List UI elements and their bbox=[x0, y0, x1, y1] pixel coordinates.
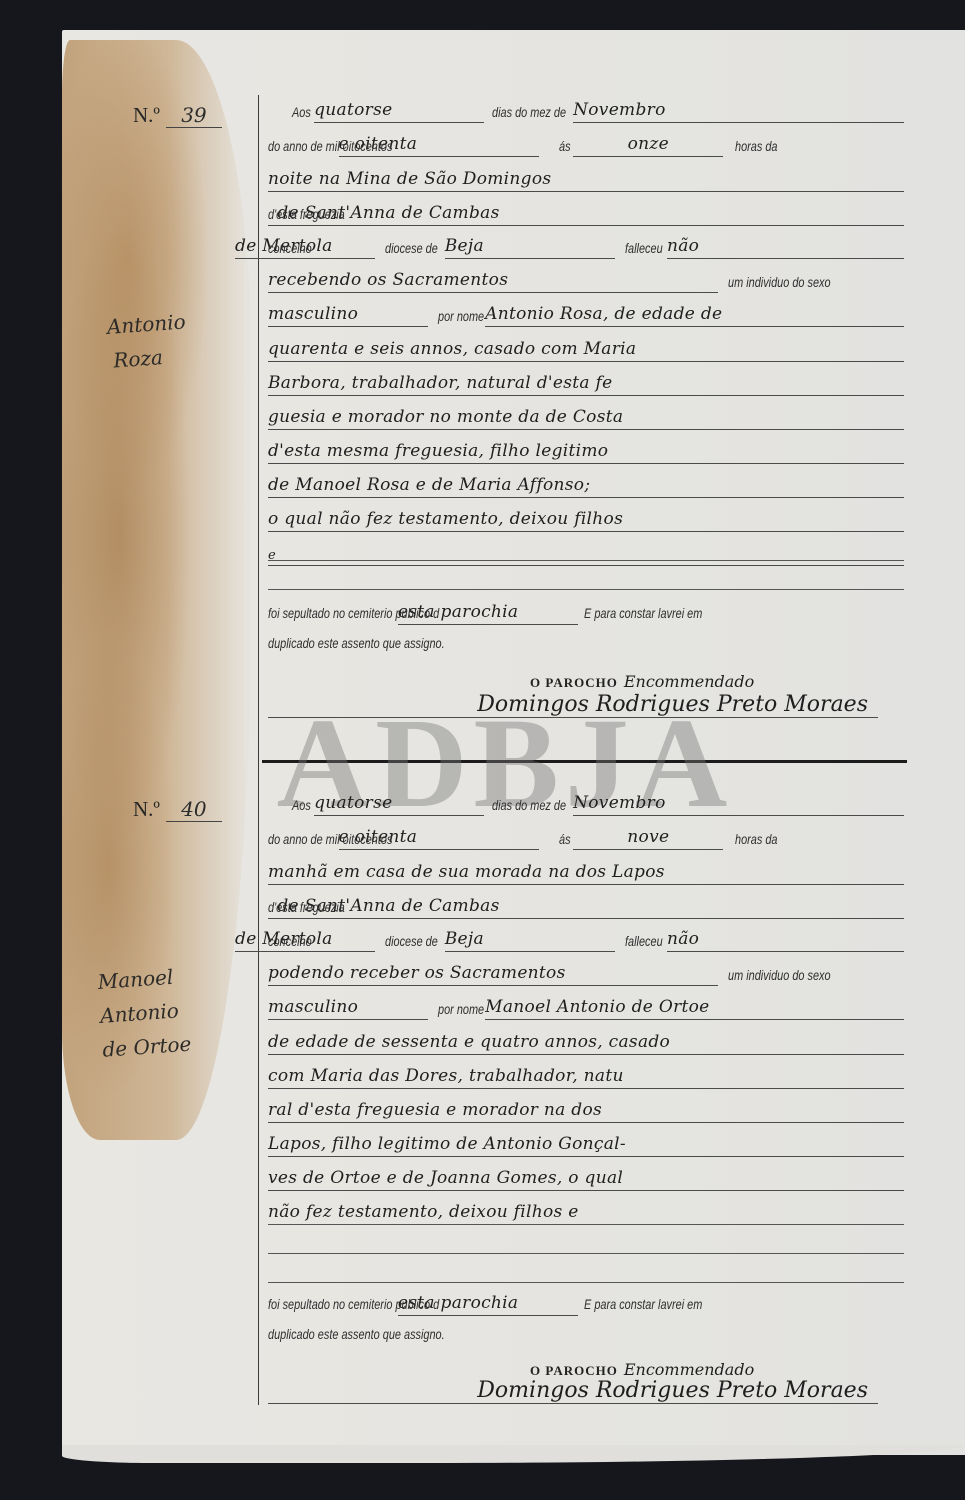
blank-line bbox=[268, 1253, 904, 1254]
line-day: Aos quatorse dias do mez de Novembro bbox=[268, 89, 904, 123]
margin-name: Manoel Antonio de Ortoe bbox=[97, 955, 244, 1067]
line-freguezia: d'esta freguezia de Sant'Anna de Cambas bbox=[268, 191, 904, 226]
blank-line bbox=[268, 589, 904, 590]
line-nome: masculino por nome Manoel Antonio de Ort… bbox=[268, 986, 904, 1020]
line-day: Aos quatorse dias do mez de Novembro bbox=[268, 782, 904, 816]
text-line: com Maria das Dores, trabalhador, natu bbox=[268, 1054, 904, 1089]
entry-divider bbox=[262, 760, 907, 763]
day-value: quatorse bbox=[314, 100, 484, 123]
line-hour-cont: noite na Mina de São Domingos bbox=[268, 157, 904, 192]
hour-value: onze bbox=[573, 134, 723, 157]
line-hour-cont: manhã em casa de sua morada na dos Lapos bbox=[268, 850, 904, 885]
parocho-label: O PAROCHOEncommendado bbox=[530, 1360, 754, 1379]
entry-number: N.º39 bbox=[133, 103, 222, 128]
blank-line bbox=[268, 560, 904, 561]
margin-rule bbox=[258, 95, 259, 1405]
line-concelho: concelho de Mertola diocese de Beja fall… bbox=[268, 225, 904, 259]
text-line: ral d'esta freguesia e morador na dos bbox=[268, 1088, 904, 1123]
text-line: não fez testamento, deixou filhos e bbox=[268, 1190, 904, 1225]
text-line: o qual não fez testamento, deixou filhos bbox=[268, 497, 904, 532]
blank-line bbox=[268, 1282, 904, 1283]
margin-name: Antonio Roza bbox=[106, 300, 250, 378]
entry-number-value: 40 bbox=[166, 797, 222, 822]
closing-text: foi sepultado no cemiterio publico d est… bbox=[268, 595, 908, 655]
text-line: guesia e morador no monte da de Costa bbox=[268, 395, 904, 430]
signature: Domingos Rodrigues Preto Moraes bbox=[268, 1378, 878, 1404]
line-concelho: concelho de Mertola diocese de Beja fall… bbox=[268, 918, 904, 952]
text-line: Barbora, trabalhador, natural d'esta fe bbox=[268, 361, 904, 396]
entry-number: N.º40 bbox=[133, 797, 222, 822]
closing-text: foi sepultado no cemiterio publico d est… bbox=[268, 1286, 908, 1346]
parocho-label: O PAROCHOEncommendado bbox=[530, 672, 754, 691]
text-line: quarenta e seis annos, casado com Maria bbox=[268, 327, 904, 362]
line-freguezia: d'esta freguezia de Sant'Anna de Cambas bbox=[268, 884, 904, 919]
signature: Domingos Rodrigues Preto Moraes bbox=[268, 692, 878, 718]
text-line: d'esta mesma freguesia, filho legitimo bbox=[268, 429, 904, 464]
month-value: Novembro bbox=[573, 100, 904, 123]
text-line: ves de Ortoe e de Joanna Gomes, o qual bbox=[268, 1156, 904, 1191]
line-sacramentos: recebendo os Sacramentos um individuo do… bbox=[268, 259, 904, 293]
line-year: do anno de mil oitocentos e oitenta ás o… bbox=[268, 123, 904, 157]
line-sacramentos: podendo receber os Sacramentos um indivi… bbox=[268, 952, 904, 986]
text-line: Lapos, filho legitimo de Antonio Gonçal- bbox=[268, 1122, 904, 1157]
line-nome: masculino por nome Antonio Rosa, de edad… bbox=[268, 293, 904, 327]
text-line: de edade de sessenta e quatro annos, cas… bbox=[268, 1020, 904, 1055]
text-line: de Manoel Rosa e de Maria Affonso; bbox=[268, 463, 904, 498]
blank-line bbox=[268, 1224, 904, 1225]
entry-number-value: 39 bbox=[166, 103, 222, 128]
line-year: do anno de mil oitocentos e oitenta ás n… bbox=[268, 816, 904, 850]
